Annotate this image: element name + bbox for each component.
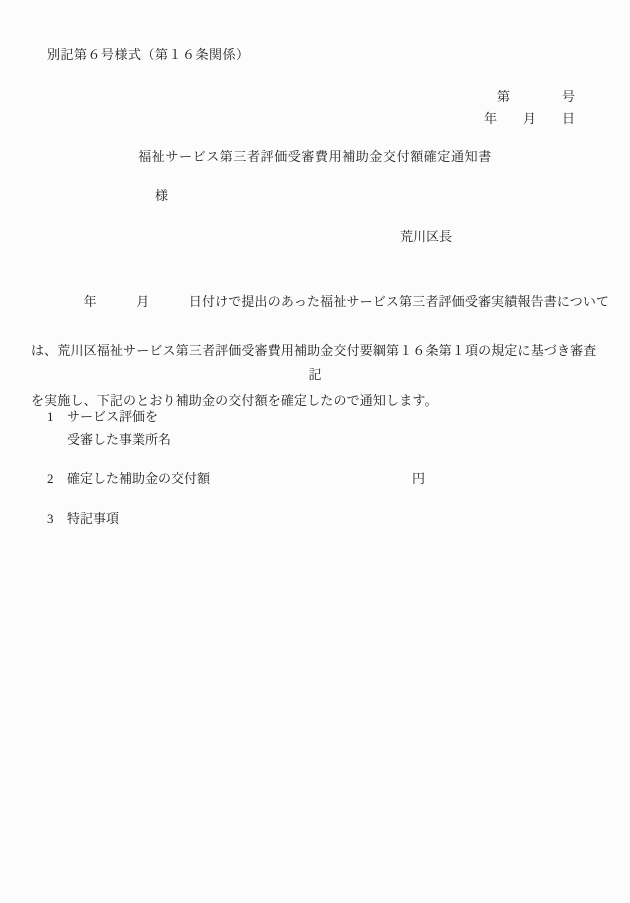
body-line-1: 年 月 日付けで提出のあった福祉サービス第三者評価受審実績報告書について xyxy=(31,290,616,313)
form-note: 別記第６号様式（第１６条関係） xyxy=(47,48,250,61)
document-number-line: 第 号 xyxy=(497,90,575,103)
item-2-unit-yen: 円 xyxy=(412,467,425,490)
sender-name: 荒川区長 xyxy=(400,230,452,243)
item-1-line-2: 受審した事業所名 xyxy=(67,428,171,451)
body-line-2: は、荒川区福祉サービス第三者評価受審費用補助金交付要綱第１６条第１項の規定に基づ… xyxy=(31,339,616,362)
section-heading-ki: 記 xyxy=(0,368,630,381)
item-2-number: 2 xyxy=(47,467,67,490)
document-title: 福祉サービス第三者評価受審費用補助金交付額確定通知書 xyxy=(0,150,630,163)
item-1-line-1: サービス評価を xyxy=(67,405,171,428)
item-3-number: 3 xyxy=(47,507,67,530)
list-item-2: 2 確定した補助金の交付額 xyxy=(47,467,210,490)
item-1-number: 1 xyxy=(47,405,67,451)
document-page: 別記第６号様式（第１６条関係） 第 号 年 月 日 福祉サービス第三者評価受審費… xyxy=(0,0,630,903)
document-date-line: 年 月 日 xyxy=(484,112,575,125)
list-item-1: 1 サービス評価を 受審した事業所名 xyxy=(47,405,171,451)
list-item-3: 3 特記事項 xyxy=(47,507,119,530)
item-2-text: 確定した補助金の交付額 xyxy=(67,467,210,490)
addressee-honorific: 様 xyxy=(155,189,168,202)
item-1-text: サービス評価を 受審した事業所名 xyxy=(67,405,171,451)
item-3-text: 特記事項 xyxy=(67,507,119,530)
item-3-line-1: 特記事項 xyxy=(67,507,119,530)
item-2-line-1: 確定した補助金の交付額 xyxy=(67,467,210,490)
